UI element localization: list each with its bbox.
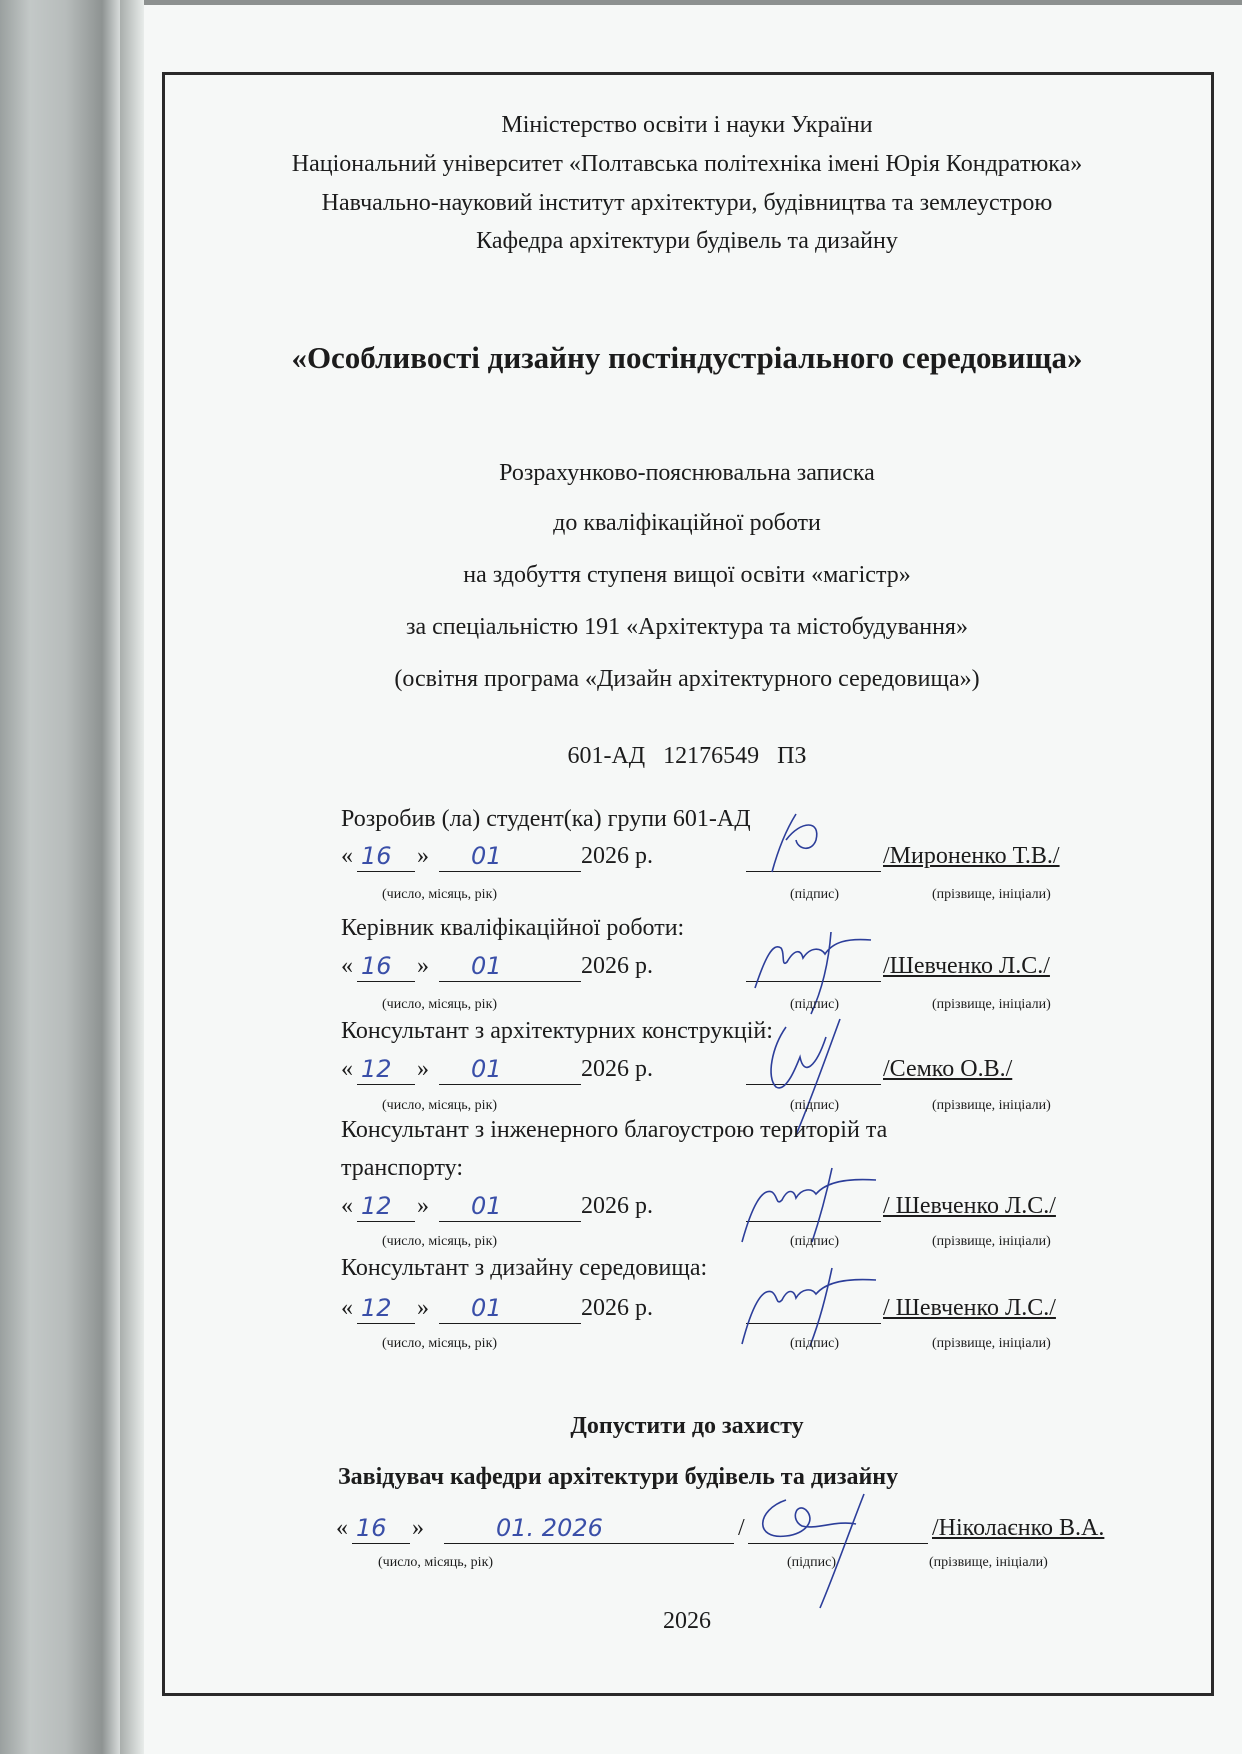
signature-row-head: « 16 » 01. 2026 / /Ніколаєнко В.А.	[336, 1510, 1216, 1544]
role-consultant-constructions: Консультант з архітектурних конструкцій:	[341, 1018, 773, 1045]
role-consultant-engineering: Консультант з інженерного благоустрою те…	[341, 1117, 887, 1144]
signature-row-student: « 16 » 01 2026 р. /Мироненко Т.В./	[341, 838, 1201, 872]
desc-line-4: за спеціальністю 191 «Архітектура та міс…	[162, 614, 1212, 641]
role-supervisor: Керівник кваліфікаційної роботи:	[341, 915, 684, 942]
role-consultant-engineering-line2: транспорту:	[341, 1155, 463, 1182]
page-edge	[120, 0, 144, 1754]
year: 2026 р.	[581, 843, 653, 870]
ministry: Міністерство освіти і науки України	[162, 112, 1212, 139]
day: 16	[361, 842, 392, 870]
document-year: 2026	[162, 1608, 1212, 1635]
page-frame	[162, 72, 1214, 1696]
desc-line-5: (освітня програма «Дизайн архітектурного…	[162, 666, 1212, 693]
department: Кафедра архітектури будівель та дизайну	[162, 228, 1212, 255]
month: 01	[471, 842, 502, 870]
signature-row-engineering: « 12 » 01 2026 р. / Шевченко Л.С./	[341, 1188, 1201, 1222]
student-name: /Мироненко Т.В./	[883, 843, 1060, 870]
desc-line-2: до кваліфікаційної роботи	[162, 510, 1212, 537]
document-code: 601-АД 12176549 ПЗ	[162, 743, 1212, 770]
document-title: «Особливості дизайну постіндустріального…	[162, 340, 1212, 376]
approval-heading: Допустити до захисту	[162, 1413, 1212, 1440]
institute: Навчально-науковий інститут архітектури,…	[162, 190, 1212, 217]
signature-row-supervisor: « 16 » 01 2026 р. /Шевченко Л.С./	[341, 948, 1201, 982]
signature-row-constructions: « 12 » 01 2026 р. /Семко О.В./	[341, 1051, 1201, 1085]
role-student: Розробив (ла) студент(ка) групи 601-АД	[341, 806, 751, 833]
binding-shadow	[0, 0, 120, 1754]
signature-icon	[766, 810, 826, 876]
university: Національний університет «Полтавська пол…	[162, 151, 1212, 178]
desc-line-1: Розрахунково-пояснювальна записка	[162, 460, 1212, 487]
head-of-department: Завідувач кафедри архітектури будівель т…	[338, 1464, 898, 1491]
scan-edge	[0, 0, 1242, 5]
desc-line-3: на здобуття ступеня вищої освіти «магіст…	[162, 562, 1212, 589]
signature-icon	[746, 1490, 886, 1610]
role-consultant-design: Консультант з дизайну середовища:	[341, 1255, 707, 1282]
signature-row-design: « 12 » 01 2026 р. / Шевченко Л.С./	[341, 1290, 1201, 1324]
